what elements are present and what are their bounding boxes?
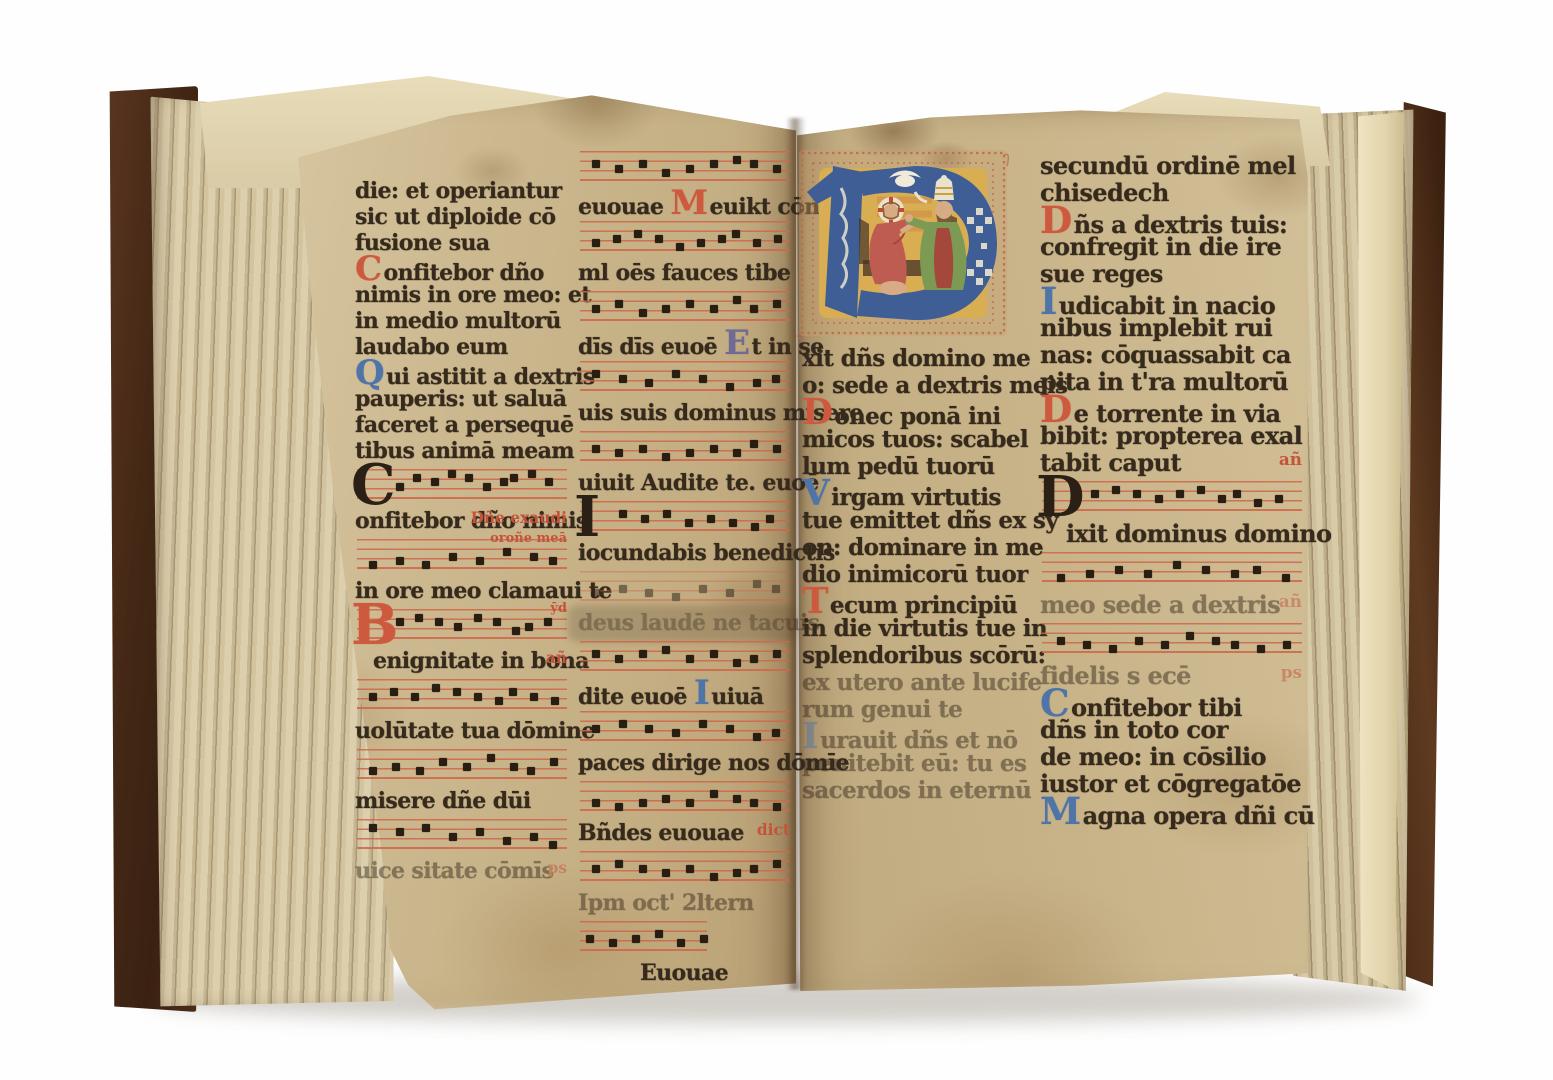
chant-initial: D xyxy=(1036,469,1085,525)
neume-note xyxy=(772,729,780,737)
neume-note xyxy=(773,300,781,308)
neume-note xyxy=(645,725,653,733)
neume-note xyxy=(639,799,647,807)
neume-note xyxy=(396,557,404,565)
neume-note xyxy=(592,799,600,807)
neume-note xyxy=(662,869,670,877)
right-page-column-2: secundū ordinē melchisedechDñs a dextris… xyxy=(1040,152,1302,824)
neume-note xyxy=(369,824,377,832)
music-stave xyxy=(580,781,790,811)
versal-initial: M xyxy=(1040,789,1081,833)
neume-note xyxy=(1173,561,1181,569)
neume-note xyxy=(449,553,457,561)
neume-note xyxy=(619,375,627,383)
music-stave xyxy=(1042,623,1302,653)
neume-note xyxy=(528,470,536,478)
manuscript-text-line: Virgam virtutis xyxy=(802,480,1034,507)
manuscript-text-line: De torrente in via xyxy=(1040,395,1302,422)
neume-note xyxy=(750,440,758,448)
neume-note xyxy=(592,370,600,378)
manuscript-text-line: Magna opera dñi cū xyxy=(1040,797,1302,824)
neume-note xyxy=(503,837,511,845)
neume-note xyxy=(753,379,761,387)
neume-note xyxy=(753,580,761,588)
rubric-marker: añ xyxy=(546,645,567,671)
manuscript-text-line: micos tuos: scabel xyxy=(802,426,1034,453)
manuscript-text-line: Bñdes euouaedict xyxy=(578,820,790,846)
neume-note xyxy=(676,243,684,251)
neume-note xyxy=(551,697,559,705)
neume-note xyxy=(435,618,443,626)
manuscript-text-line: fusione sua xyxy=(355,230,567,256)
versal-initial: I xyxy=(694,673,709,713)
neume-note xyxy=(710,305,718,313)
neume-note xyxy=(615,300,623,308)
neume-note xyxy=(495,697,503,705)
manuscript-text-line: euouae Meuikt cōni xyxy=(578,190,790,216)
neume-note xyxy=(1161,641,1169,649)
manuscript-text-line: faceret a persequē xyxy=(355,412,567,438)
manuscript-text-line: nimis in ore meo: et xyxy=(355,282,567,308)
neume-note xyxy=(729,519,737,527)
neume-note xyxy=(751,523,759,531)
neume-note xyxy=(641,515,649,523)
neume-note xyxy=(369,693,377,701)
manuscript-text-line: in die virtutis tue in xyxy=(802,615,1034,642)
manuscript-text-line: Qui astitit a dextris xyxy=(355,360,567,386)
neume-note xyxy=(525,623,533,631)
neume-note xyxy=(396,828,404,836)
neume-note xyxy=(774,235,782,243)
neume-note xyxy=(474,614,482,622)
neume-note xyxy=(639,865,647,873)
manuscript-text-line: ex utero ante lucife xyxy=(802,669,1034,696)
manuscript-text-line: uolūtate tua dōmine xyxy=(355,718,567,744)
neume-note xyxy=(592,650,600,658)
neume-note xyxy=(1253,566,1261,574)
neume-note xyxy=(500,478,508,486)
versal-initial: E xyxy=(724,323,749,363)
neume-note xyxy=(655,235,663,243)
rubric-marker: dict xyxy=(757,817,790,843)
neume-note xyxy=(474,693,482,701)
neume-note xyxy=(733,795,741,803)
neume-note xyxy=(415,614,423,622)
neume-note xyxy=(1133,490,1141,498)
manuscript-text-line: uice sitate cōmīsps xyxy=(355,858,567,884)
neume-note xyxy=(672,370,680,378)
manuscript-text-line: Ipm oct' 2ltern xyxy=(578,890,790,916)
neume-note xyxy=(685,519,693,527)
neume-note xyxy=(545,478,553,486)
neume-note xyxy=(369,561,377,569)
manuscript-text-line: deus laudē ne tacuis xyxy=(578,610,790,636)
neume-note xyxy=(1275,495,1283,503)
neume-note xyxy=(1135,637,1143,645)
neume-note xyxy=(645,589,653,597)
chant-initial: I xyxy=(574,489,600,545)
manuscript-text-line: fidelis s ecēps xyxy=(1040,662,1302,689)
neume-note xyxy=(592,239,600,247)
neume-note xyxy=(549,841,557,849)
music-stave xyxy=(580,851,790,881)
neume-note xyxy=(733,156,741,164)
music-stave: D xyxy=(1042,481,1302,511)
manuscript-text-line: nas: cōquassabit ca xyxy=(1040,341,1302,368)
music-stave xyxy=(1042,552,1302,582)
neume-note xyxy=(686,865,694,873)
neume-note xyxy=(413,474,421,482)
neume-note xyxy=(750,865,758,873)
music-stave: oroñe meā xyxy=(357,539,567,569)
neume-note xyxy=(733,449,741,457)
music-stave xyxy=(357,679,567,709)
neume-note xyxy=(530,553,538,561)
neume-note xyxy=(632,935,640,943)
neume-note xyxy=(773,165,781,173)
music-stave xyxy=(580,641,790,671)
neume-note xyxy=(592,160,600,168)
rubric-marker: añ xyxy=(1279,446,1302,473)
neume-note xyxy=(750,305,758,313)
neume-note xyxy=(662,169,670,177)
left-page-column-1: die: et operiantursic ut diploide cōfusi… xyxy=(355,178,567,884)
neume-note xyxy=(1109,645,1117,653)
neume-note xyxy=(619,510,627,518)
neume-note xyxy=(512,627,520,635)
manuscript-text-line: in medio multorū xyxy=(355,308,567,334)
neume-note xyxy=(1086,570,1094,578)
neume-note xyxy=(726,589,734,597)
neume-note xyxy=(369,767,377,775)
music-stave xyxy=(580,151,790,181)
neume-note xyxy=(662,453,670,461)
neume-note xyxy=(733,296,741,304)
chant-initial: B xyxy=(351,597,398,653)
manuscript-text-line: secundū ordinē mel xyxy=(1040,152,1302,179)
manuscript-text-line: Donec ponā ini xyxy=(802,399,1034,426)
neume-note xyxy=(1197,486,1205,494)
neume-note xyxy=(707,515,715,523)
manuscript-text-line: o: sede a dextris meis xyxy=(802,372,1034,399)
neume-note xyxy=(431,478,439,486)
neume-note xyxy=(726,725,734,733)
neume-note xyxy=(619,585,627,593)
neume-note xyxy=(1218,495,1226,503)
rubric-note: ȳd xyxy=(550,601,567,616)
neume-note xyxy=(718,235,726,243)
neume-note xyxy=(592,865,600,873)
manuscript-text-line: Confitebor dño xyxy=(355,256,567,282)
manuscript-text-line: misere dñe dūi xyxy=(355,788,567,814)
neume-note xyxy=(639,650,647,658)
chant-initial: C xyxy=(351,457,396,513)
manuscript-text-line: die: et operiantur xyxy=(355,178,567,204)
neume-note xyxy=(710,445,718,453)
music-stave xyxy=(580,221,790,251)
manuscript-text-line: uis suis dominus misere xyxy=(578,400,790,426)
manuscript-text-line: Tecum principiū xyxy=(802,588,1034,615)
manuscript-text-line: dīs dīs euoē Et in se xyxy=(578,330,790,356)
music-stave xyxy=(580,711,790,741)
neume-note xyxy=(592,445,600,453)
manuscript-text-line: lum pedū tuorū xyxy=(802,453,1034,480)
neume-note xyxy=(550,758,558,766)
neume-note xyxy=(1233,490,1241,498)
neume-note xyxy=(454,623,462,631)
neume-note xyxy=(662,795,670,803)
neume-note xyxy=(733,659,741,667)
neume-note xyxy=(615,860,623,868)
neume-note xyxy=(645,379,653,387)
neume-note xyxy=(510,474,518,482)
neume-note xyxy=(592,725,600,733)
rubric-marker: ps xyxy=(1281,659,1302,686)
rubric-marker: añ xyxy=(1279,588,1302,615)
neume-note xyxy=(1155,495,1163,503)
neume-note xyxy=(615,165,623,173)
neume-note xyxy=(493,618,501,626)
neume-note xyxy=(1257,645,1265,653)
neume-note xyxy=(487,754,495,762)
neume-note xyxy=(772,375,780,383)
neume-note xyxy=(639,309,647,317)
neume-note xyxy=(1083,641,1091,649)
music-stave: I xyxy=(580,501,790,531)
neume-note xyxy=(686,300,694,308)
neume-note xyxy=(509,688,517,696)
neume-note xyxy=(476,557,484,565)
music-stave: Bȳd xyxy=(357,609,567,639)
right-page-column-1: xit dñs domino meo: sede a dextris meisD… xyxy=(802,345,1034,804)
neume-note xyxy=(439,758,447,766)
neume-note xyxy=(699,375,707,383)
neume-note xyxy=(677,939,685,947)
neume-note xyxy=(530,833,538,841)
neume-note xyxy=(1112,486,1120,494)
neume-note xyxy=(686,655,694,663)
neume-note xyxy=(390,688,398,696)
neume-note xyxy=(710,790,718,798)
neume-note xyxy=(449,833,457,841)
neume-note xyxy=(422,561,430,569)
manuscript-text-line: rum genui te xyxy=(802,696,1034,723)
manuscript-photo-scene: die: et operiantursic ut diploide cōfusi… xyxy=(0,0,1553,1080)
music-stave xyxy=(580,921,707,951)
neume-note xyxy=(772,585,780,593)
manuscript-text-line: dñs in toto cor xyxy=(1040,716,1302,743)
manuscript-text-line: tue emittet dñs ex sy xyxy=(802,507,1034,534)
neume-note xyxy=(592,589,600,597)
manuscript-text-line: bibit: propterea exal xyxy=(1040,422,1302,449)
neume-note xyxy=(686,449,694,457)
neume-note xyxy=(530,693,538,701)
manuscript-text-line: pita in t'ra multorū xyxy=(1040,368,1302,395)
neume-note xyxy=(1115,566,1123,574)
neume-note xyxy=(1202,566,1210,574)
manuscript-text-line: chisedech xyxy=(1040,179,1302,206)
neume-note xyxy=(750,799,758,807)
versal-initial: M xyxy=(670,183,707,223)
manuscript-text-line: on: dominare in me xyxy=(802,534,1034,561)
music-stave xyxy=(580,291,790,321)
neume-note xyxy=(672,593,680,601)
neume-note xyxy=(750,160,758,168)
manuscript-text-line: ml oēs fauces tibe xyxy=(578,260,790,286)
manuscript-text-line: Euouae xyxy=(578,960,790,986)
neume-note xyxy=(1212,637,1220,645)
music-stave xyxy=(357,819,567,849)
music-stave: C xyxy=(357,469,567,499)
manuscript-text-line: de meo: in cōsilio xyxy=(1040,743,1302,770)
neume-note xyxy=(432,684,440,692)
neume-note xyxy=(619,720,627,728)
neume-note xyxy=(639,160,647,168)
neume-note xyxy=(1282,574,1290,582)
manuscript-text-line: sacerdos in eternū xyxy=(802,777,1034,804)
manuscript-text-line: sic ut diploide cō xyxy=(355,204,567,230)
neume-note xyxy=(773,860,781,868)
neume-note xyxy=(615,803,623,811)
neume-note xyxy=(710,650,718,658)
neume-note xyxy=(1231,641,1239,649)
manuscript-text-line: iocundabis benedictis xyxy=(578,540,790,566)
neume-note xyxy=(613,235,621,243)
illuminated-initial-D xyxy=(797,148,1009,340)
neume-note xyxy=(1144,570,1152,578)
neume-note xyxy=(392,763,400,771)
rubric-marker: Dñe exaudi xyxy=(471,505,567,531)
neume-note xyxy=(726,383,734,391)
manuscript-text-line: penitebit eū: tu es xyxy=(802,750,1034,777)
neume-note xyxy=(1254,499,1262,507)
manuscript-text-line: Iurauit dñs et nō xyxy=(802,723,1034,750)
neume-note xyxy=(1057,574,1065,582)
neume-note xyxy=(549,557,557,565)
neume-note xyxy=(476,828,484,836)
neume-note xyxy=(732,230,740,238)
music-stave xyxy=(357,749,567,779)
neume-note xyxy=(733,869,741,877)
neume-note xyxy=(710,160,718,168)
neume-note xyxy=(766,515,774,523)
neume-note xyxy=(773,650,781,658)
manuscript-text-line: nibus implebit rui xyxy=(1040,314,1302,341)
neume-note xyxy=(753,239,761,247)
neume-note xyxy=(697,239,705,247)
neume-note xyxy=(639,445,647,453)
neume-note xyxy=(655,930,663,938)
neume-note xyxy=(503,548,511,556)
neume-note xyxy=(527,767,535,775)
manuscript-text-line: meo sede a dextrisañ xyxy=(1040,591,1302,618)
neume-note xyxy=(672,729,680,737)
neume-note xyxy=(483,483,491,491)
neume-note xyxy=(686,799,694,807)
left-page-column-2: euouae Meuikt cōniml oēs fauces tibedīs … xyxy=(578,146,790,986)
neume-note xyxy=(592,305,600,313)
neume-note xyxy=(586,935,594,943)
manuscript-text-line: Iudicabit in nacio xyxy=(1040,287,1302,314)
neume-note xyxy=(1091,490,1099,498)
neume-note xyxy=(448,470,456,478)
rubric-marker: ps xyxy=(548,855,567,881)
neume-note xyxy=(544,618,552,626)
neume-note xyxy=(416,767,424,775)
neume-note xyxy=(615,655,623,663)
neume-note xyxy=(773,445,781,453)
neume-note xyxy=(1186,632,1194,640)
music-stave xyxy=(580,431,790,461)
manuscript-text-line: dite euoē Iuiuā xyxy=(578,680,790,706)
neume-note xyxy=(609,939,617,947)
manuscript-text-line: confregit in die ire xyxy=(1040,233,1302,260)
manuscript-text-line: sue reges xyxy=(1040,260,1302,287)
music-stave xyxy=(580,361,790,391)
manuscript-text-line: pauperis: ut saluā xyxy=(355,386,567,412)
neume-note xyxy=(396,483,404,491)
neume-note xyxy=(700,935,708,943)
neume-note xyxy=(753,733,761,741)
manuscript-text-line: Dñs a dextris tuis: xyxy=(1040,206,1302,233)
neume-note xyxy=(662,305,670,313)
neume-note xyxy=(699,585,707,593)
manuscript-text-line: dio inimicorū tuor xyxy=(802,561,1034,588)
neume-note xyxy=(453,688,461,696)
neume-note xyxy=(773,803,781,811)
neume-note xyxy=(422,824,430,832)
neume-note xyxy=(1231,570,1239,578)
rubric-note: oroñe meā xyxy=(490,531,567,546)
manuscript-text-line: laudabo eum xyxy=(355,334,567,360)
neume-note xyxy=(465,474,473,482)
manuscript-text-line: xit dñs domino me xyxy=(802,345,1034,372)
neume-note xyxy=(750,655,758,663)
neume-note xyxy=(615,449,623,457)
neume-note xyxy=(1057,637,1065,645)
neume-note xyxy=(663,510,671,518)
neume-note xyxy=(686,165,694,173)
neume-note xyxy=(634,230,642,238)
neume-note xyxy=(699,720,707,728)
music-stave xyxy=(580,571,790,601)
neume-note xyxy=(510,763,518,771)
neume-note xyxy=(1176,490,1184,498)
manuscript-text-line: paces dirige nos dōmīe xyxy=(578,750,790,776)
manuscript-text-line: uiuit Audite te. euoē xyxy=(578,470,790,496)
neume-note xyxy=(710,873,718,881)
neume-note xyxy=(411,693,419,701)
neume-note xyxy=(1283,641,1291,649)
neume-note xyxy=(463,763,471,771)
manuscript-text-line: Confitebor tibi xyxy=(1040,689,1302,716)
neume-note xyxy=(662,646,670,654)
manuscript-text-line: splendoribus scōrū: xyxy=(802,642,1034,669)
